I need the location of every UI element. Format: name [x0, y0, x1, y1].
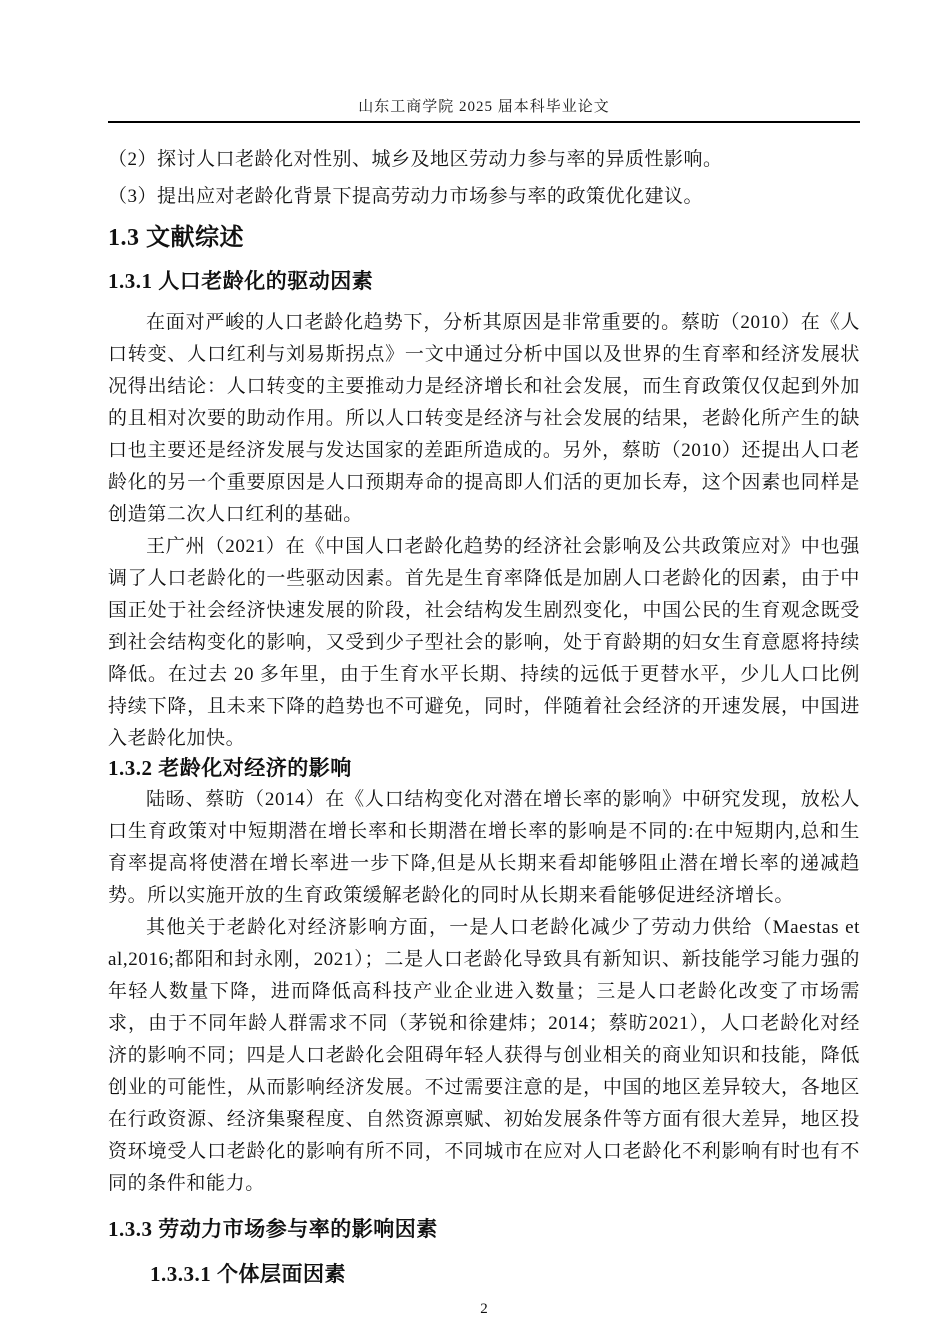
- header-rule: [108, 121, 860, 123]
- subsection-heading-1-3-2: 1.3.2 老龄化对经济的影响: [108, 753, 860, 783]
- subsubsection-heading-1-3-3-1: 1.3.3.1 个体层面因素: [150, 1259, 860, 1289]
- paragraph-driver-factors-1: 在面对严峻的人口老龄化趋势下，分析其原因是非常重要的。蔡昉（2010）在《人口转…: [108, 307, 860, 531]
- objectives-list: （2）探讨人口老龄化对性别、城乡及地区劳动力参与率的异质性影响。 （3）提出应对…: [108, 141, 860, 215]
- objective-item-2: （2）探讨人口老龄化对性别、城乡及地区劳动力参与率的异质性影响。: [108, 141, 860, 178]
- paragraph-economic-impact-2: 其他关于老龄化对经济影响方面，一是人口老龄化减少了劳动力供给（Maestas e…: [108, 912, 860, 1200]
- page-number: 2: [108, 1299, 860, 1319]
- objective-item-3: （3）提出应对老龄化背景下提高劳动力市场参与率的政策优化建议。: [108, 178, 860, 215]
- subsection-heading-1-3-1: 1.3.1 人口老龄化的驱动因素: [108, 266, 860, 296]
- section-heading-1-3: 1.3 文献综述: [108, 223, 860, 253]
- subsection-heading-1-3-3: 1.3.3 劳动力市场参与率的影响因素: [108, 1214, 860, 1244]
- paragraph-economic-impact-1: 陆旸、蔡昉（2014）在《人口结构变化对潜在增长率的影响》中研究发现，放松人口生…: [108, 784, 860, 912]
- paragraph-driver-factors-2: 王广州（2021）在《中国人口老龄化趋势的经济社会影响及公共政策应对》中也强调了…: [108, 531, 860, 755]
- page-header: 山东工商学院 2025 届本科毕业论文: [108, 97, 860, 117]
- thesis-page: 山东工商学院 2025 届本科毕业论文 （2）探讨人口老龄化对性别、城乡及地区劳…: [0, 0, 950, 1344]
